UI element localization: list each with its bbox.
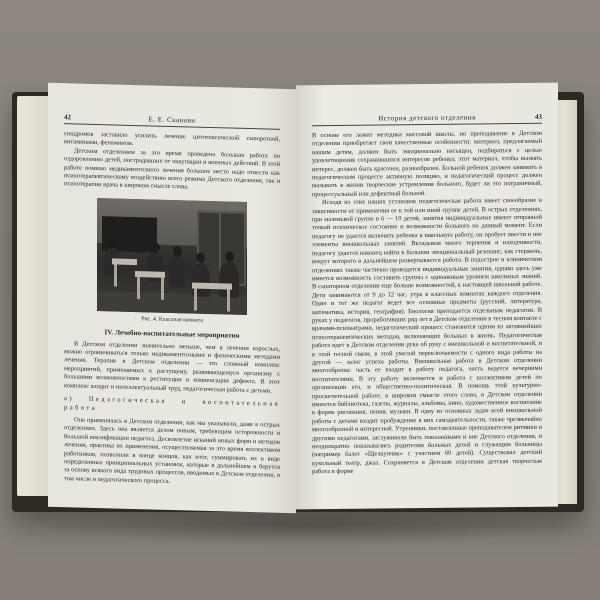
section-heading: IV. Лечебно-воспитательные мероприятия xyxy=(64,327,280,341)
right-page: История детского отделения 43 В основе е… xyxy=(296,83,558,510)
running-head-title-left: Е. Е. Сканави xyxy=(64,113,280,127)
paragraph: В основе его лежит методика массовой шко… xyxy=(312,130,542,200)
left-page-text: синдромов заставило усилить лечение цито… xyxy=(64,130,280,489)
left-page: 42 Е. Е. Сканави синдромов заставило уси… xyxy=(48,83,296,513)
paragraph: Исходя из этих наших установок педагогич… xyxy=(312,197,542,477)
running-head-title-right: История детского отделения xyxy=(312,113,542,123)
figure-caption: Рис. 4. Классная комната xyxy=(64,313,280,327)
paragraph: Детским отделением за это время проведен… xyxy=(64,147,280,195)
classroom-photo xyxy=(97,198,247,315)
paragraph: Она применялась в Детском отделении, как… xyxy=(64,416,280,489)
subsection-heading: а) Педагогическая и воспитательная работ… xyxy=(64,395,280,417)
right-page-text: В основе его лежит методика массовой шко… xyxy=(312,130,542,477)
running-head-right: История детского отделения 43 xyxy=(312,105,542,126)
page-stack-right xyxy=(555,100,577,504)
running-head-left: 42 Е. Е. Сканави xyxy=(64,105,280,130)
page-number-right: 43 xyxy=(535,113,542,121)
paragraph: В Детском отделении значительно меньше, … xyxy=(64,340,280,396)
